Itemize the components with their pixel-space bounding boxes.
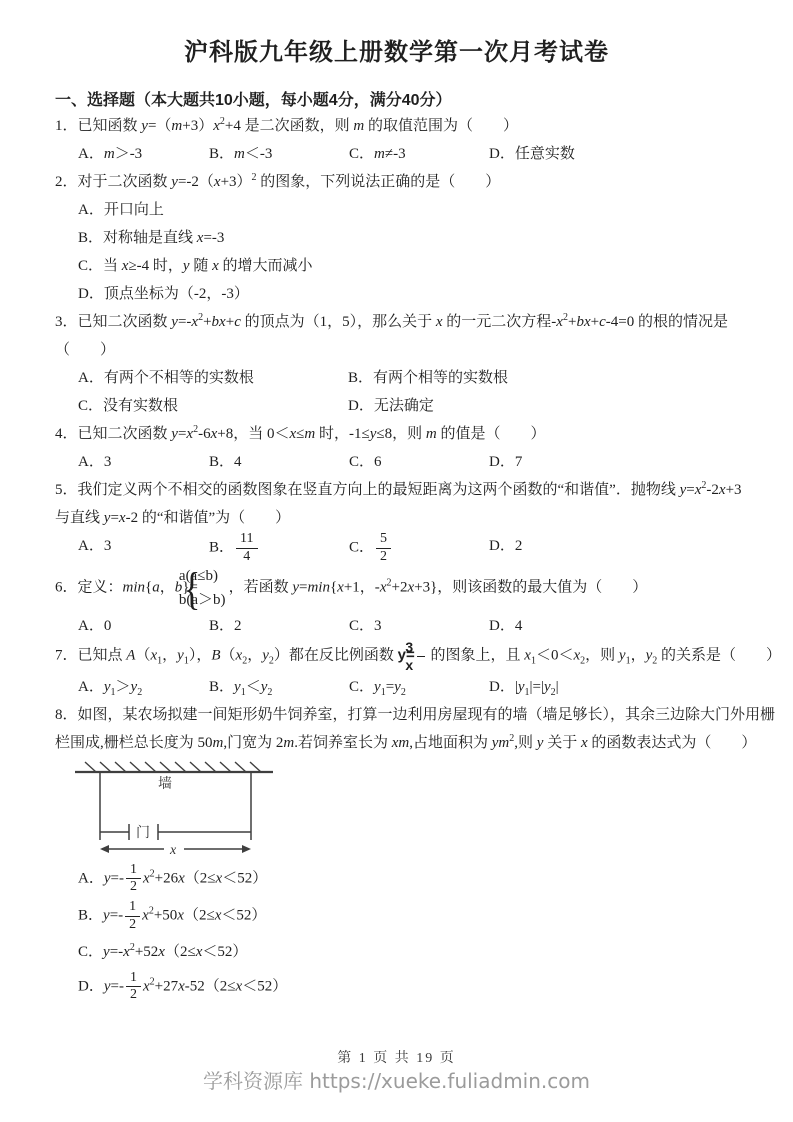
option: A．有两个不相等的实数根 [78,364,348,392]
question8-figure: 墙 门 x [75,761,280,858]
option: B．2 [209,612,349,640]
watermark-link: 学科资源库 https://xueke.fuliadmin.com [0,1065,793,1094]
option: B．对称轴是直线 x=-3 [55,224,769,252]
option: D．|y1|=|y2| [489,673,769,701]
piecewise-cases: {a(a≤b)b(a＞b) [201,564,226,612]
question-4-text: 4．已知二次函数 y=x2-6x+8，当 0＜x≤m 时，-1≤y≤8，则 m … [55,420,769,448]
option: A．y=-12x2+26x（2≤x＜52） [55,863,769,895]
option: C．y=-x2+52x（2≤x＜52） [55,938,769,966]
door-label: 门 [136,825,150,841]
figure-wrap: 墙 门 x [75,761,769,858]
question-5-options: A．3B．114C．52D．2 [55,532,769,564]
fraction: 12 [125,900,140,932]
question-3-options: A．有两个不相等的实数根B．有两个相等的实数根 [55,364,769,392]
question-6: 6．定义：min{a，b}={a(a≤b)b(a＞b)，若函数 y=min{x+… [55,564,769,640]
option: A．3 [78,448,209,476]
fraction: 3x [417,640,425,672]
question-3-text: 3．已知二次函数 y=-x2+bx+c 的顶点为（1，5），那么关于 x 的一元… [55,308,769,336]
option: D．顶点坐标为（-2，-3） [55,280,769,308]
option: C．52 [349,532,489,564]
question-6-text: 6．定义：min{a，b}={a(a≤b)b(a＞b)，若函数 y=min{x+… [55,564,769,612]
question-4: 4．已知二次函数 y=x2-6x+8，当 0＜x≤m 时，-1≤y≤8，则 m … [55,420,769,476]
question-1-options: A．m＞-3B．m＜-3C．m≠-3D．任意实数 [55,140,769,168]
page-number: 第 1 页 共 19 页 [0,1047,793,1067]
option: B．y1＜y2 [209,673,349,701]
question-6-options: A．0B．2C．3D．4 [55,612,769,640]
question-7-options: A．y1＞y2B．y1＜y2C．y1=y2D．|y1|=|y2| [55,673,769,701]
fraction: 114 [236,532,257,564]
question-1: 1．已知函数 y=（m+3）x2+4 是二次函数，则 m 的取值范围为（ ）A．… [55,112,769,168]
wall-label: 墙 [158,775,172,792]
option: B．4 [209,448,349,476]
page-title: 沪科版九年级上册数学第一次月考试卷 [0,0,793,67]
page-footer: 第 1 页 共 19 页 学科资源库 https://xueke.fuliadm… [0,1047,793,1094]
width-label: x [169,843,177,858]
question-8: 8．如图，某农场拟建一间矩形奶牛饲养室，打算一边利用房屋现有的墙（墙足够长），其… [55,701,769,1003]
option: D．无法确定 [348,392,769,420]
fraction: 12 [126,863,141,895]
option: A．m＞-3 [78,140,209,168]
question-1-text: 1．已知函数 y=（m+3）x2+4 是二次函数，则 m 的取值范围为（ ） [55,112,769,140]
option: A．0 [78,612,209,640]
option: A．y1＞y2 [78,673,209,701]
option: C．当 x≥-4 时，y 随 x 的增大而减小 [55,252,769,280]
question-8-text: 8．如图，某农场拟建一间矩形奶牛饲养室，打算一边利用房屋现有的墙（墙足够长），其… [55,701,769,729]
option: C．m≠-3 [349,140,489,168]
question-8-text: 栏围成,栅栏总长度为 50m,门宽为 2m.若饲养室长为 xm,占地面积为 ym… [55,729,769,757]
question-7-text: 7．已知点 A（x1，y1），B（x2，y2）都在反比例函数 y=3x 的图象上… [55,640,769,672]
question-7: 7．已知点 A（x1，y1），B（x2，y2）都在反比例函数 y=3x 的图象上… [55,640,769,700]
question-3-text: （ ） [55,336,769,364]
option: D．任意实数 [489,140,769,168]
fraction: 52 [376,532,391,564]
fraction: 12 [126,971,141,1003]
option: B．m＜-3 [209,140,349,168]
arrowhead-left [100,845,109,853]
option: C．没有实数根 [78,392,348,420]
option: A．3 [78,532,209,564]
question-5-text: 5．我们定义两个不相交的函数图象在竖直方向上的最短距离为这两个函数的“和谐值”．… [55,476,769,504]
question-3-options: C．没有实数根D．无法确定 [55,392,769,420]
option: B．114 [209,532,349,564]
option: B．有两个相等的实数根 [348,364,769,392]
question-2-text: 2．对于二次函数 y=-2（x+3）2 的图象，下列说法正确的是（ ） [55,168,769,196]
question-4-options: A．3B．4C．6D．7 [55,448,769,476]
option: D．4 [489,612,769,640]
question-5-text: 与直线 y=x-2 的“和谐值”为（ ） [55,504,769,532]
exam-page: 沪科版九年级上册数学第一次月考试卷 一、选择题（本大题共10小题，每小题4分，满… [0,0,793,1122]
question-5: 5．我们定义两个不相交的函数图象在竖直方向上的最短距离为这两个函数的“和谐值”．… [55,476,769,564]
option: D．y=-12x2+27x-52（2≤x＜52） [55,971,769,1003]
option: D．7 [489,448,769,476]
wall-hatching [85,762,261,772]
option: C．y1=y2 [349,673,489,701]
questions: 1．已知函数 y=（m+3）x2+4 是二次函数，则 m 的取值范围为（ ）A．… [0,112,793,1003]
question-2: 2．对于二次函数 y=-2（x+3）2 的图象，下列说法正确的是（ ）A．开口向… [55,168,769,308]
section-header: 一、选择题（本大题共10小题，每小题4分，满分40分） [55,87,763,110]
option: D．2 [489,532,769,564]
option: A．开口向上 [55,196,769,224]
option: C．3 [349,612,489,640]
question-3: 3．已知二次函数 y=-x2+bx+c 的顶点为（1，5），那么关于 x 的一元… [55,308,769,420]
option: B．y=-12x2+50x（2≤x＜52） [55,900,769,932]
arrowhead-right [242,845,251,853]
option: C．6 [349,448,489,476]
